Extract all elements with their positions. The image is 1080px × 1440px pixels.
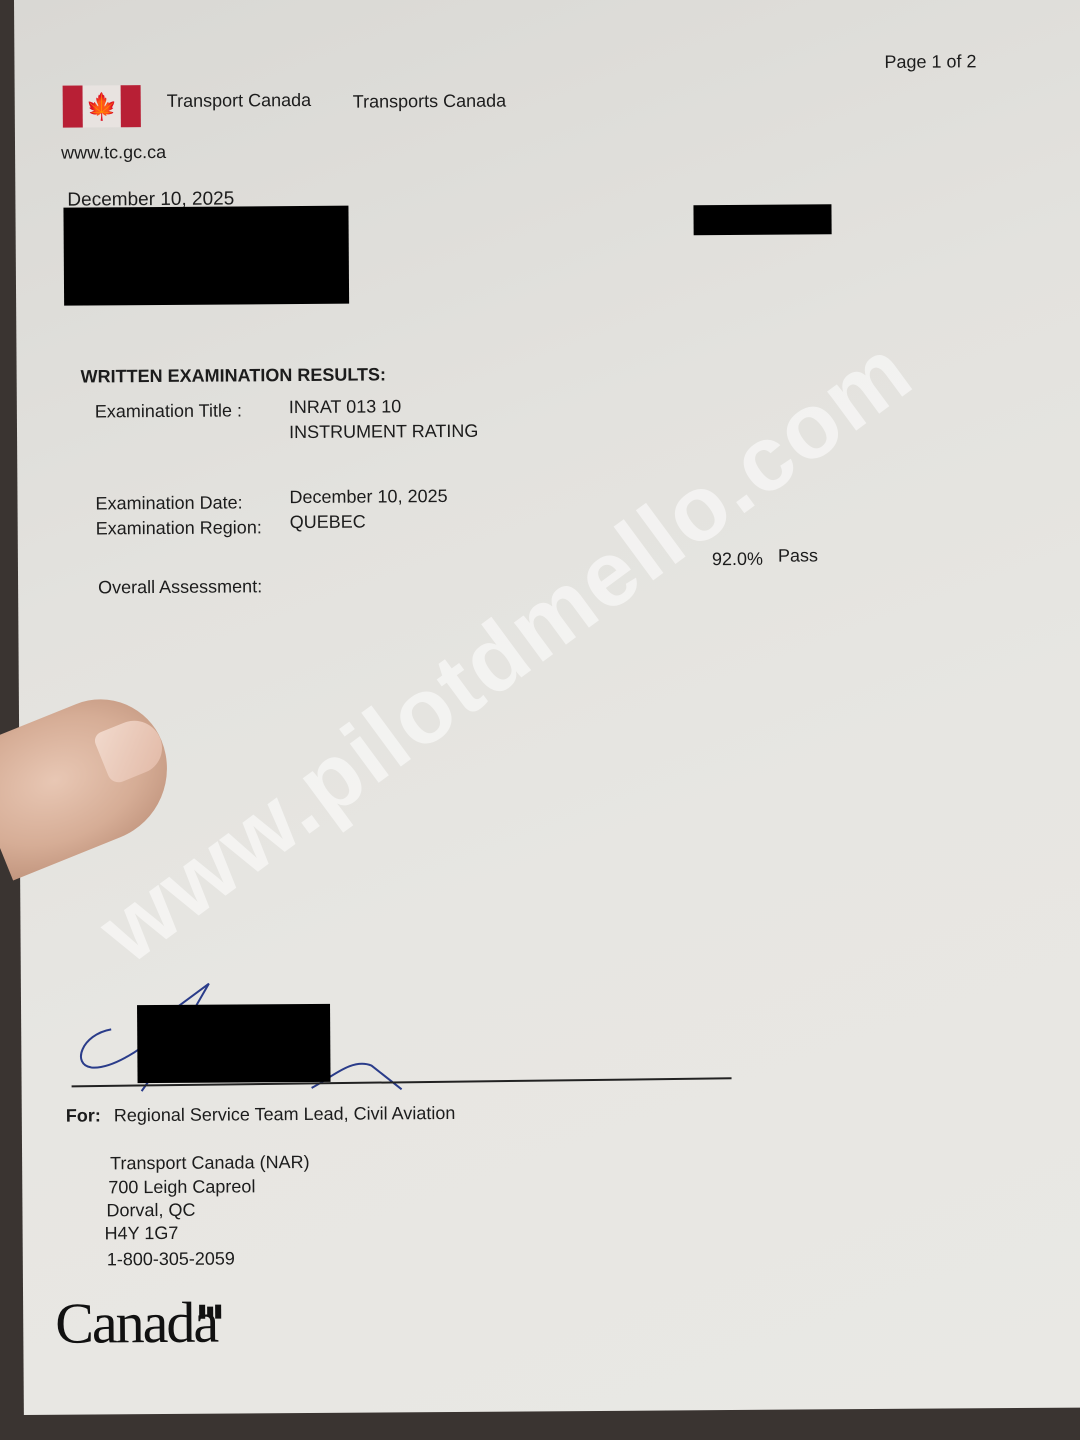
exam-title-name: INSTRUMENT RATING (289, 421, 478, 443)
department-name-en: Transport Canada (167, 90, 312, 112)
redacted-reference-number (693, 204, 831, 235)
exam-region-value: QUEBEC (290, 512, 366, 534)
address-line: Dorval, QC (106, 1200, 195, 1222)
department-name-fr: Transports Canada (353, 91, 507, 113)
exam-region-label: Examination Region: (96, 517, 262, 539)
exam-title-code: INRAT 013 10 (289, 396, 402, 418)
address-phone: 1-800-305-2059 (107, 1248, 235, 1270)
outcome-badge: Pass (778, 545, 818, 566)
document-page: 🍁 Transport Canada Transports Canada Pag… (14, 0, 1080, 1415)
results-heading: WRITTEN EXAMINATION RESULTS: (81, 364, 386, 387)
overall-assessment-label: Overall Assessment: (98, 576, 262, 598)
canada-wordmark: Canada (55, 1289, 217, 1357)
address-line: H4Y 1G7 (105, 1223, 179, 1245)
for-label: For: (66, 1105, 101, 1126)
exam-date-value: December 10, 2025 (289, 486, 447, 508)
exam-date-label: Examination Date: (95, 492, 242, 514)
address-line: 700 Leigh Capreol (108, 1176, 255, 1198)
page-indicator: Page 1 of 2 (884, 51, 976, 73)
redacted-recipient-address (63, 206, 349, 306)
wordmark-flag-icon (199, 1305, 221, 1319)
canada-flag-icon: 🍁 (63, 85, 141, 128)
website-link: www.tc.gc.ca (61, 142, 166, 164)
signatory-role: Regional Service Team Lead, Civil Aviati… (114, 1103, 456, 1126)
address-line: Transport Canada (NAR) (110, 1152, 310, 1174)
redacted-signatory-name (137, 1004, 331, 1083)
exam-title-label: Examination Title : (95, 400, 242, 422)
